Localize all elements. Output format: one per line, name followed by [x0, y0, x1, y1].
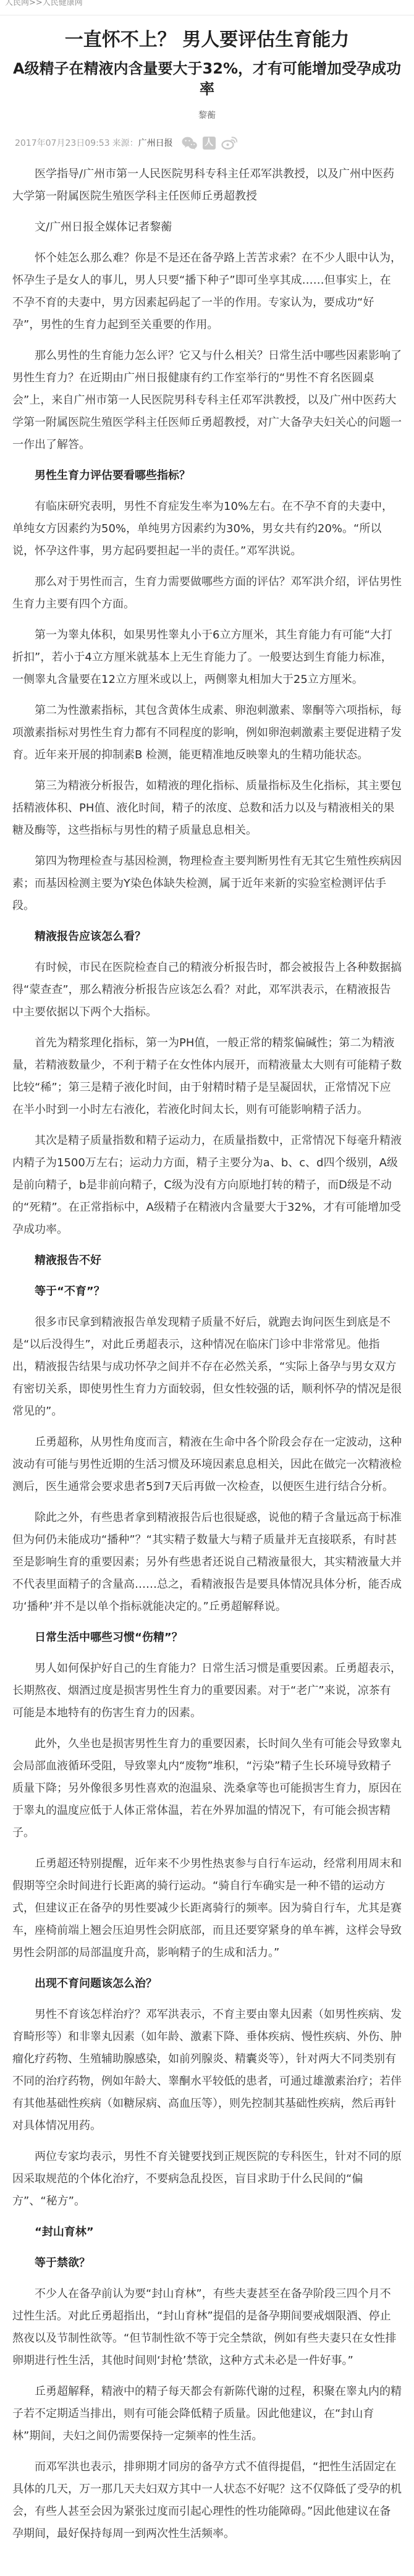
section-heading: 出现不育问题该怎么治？ — [12, 1973, 402, 1995]
section-heading: 等于“不育”？ — [12, 1281, 402, 1303]
section-heading: 日常生活中哪些习惯“伤精”？ — [12, 1627, 402, 1649]
section-heading: 等于禁欲？ — [12, 2252, 402, 2274]
paragraph: 第二为性激素指标，其包含黄体生成素、卵泡刺激素、睾酮等六项指标，每项激素指标对男… — [12, 700, 402, 766]
paragraph: 此外，久坐也是损害男性生育力的重要因素，长时间久坐有可能会导致睾丸会局部血液循环… — [12, 1733, 402, 1844]
paragraph: 男人如何保护好自己的生育能力？日常生活习惯是重要因素。丘勇超表示，长期熬夜、烟酒… — [12, 1658, 402, 1724]
source-link[interactable]: 广州日报 — [138, 137, 173, 149]
paragraph: 有时候，市民在医院检查自己的精液分析报告时，都会被报告上各种数据搞得“蒙查查”，… — [12, 957, 402, 1023]
paragraph: 男性不育该怎样治疗？邓军洪表示，不育主要由睾丸因素（如男性疾病、发育畸形等）和非… — [12, 2004, 402, 2137]
page-subtitle: A级精子在精液内含量要大于32%，才有可能增加受孕成功率 — [12, 59, 402, 100]
paragraph: 有临床研究表明，男性不育症发生率为10%左右。在不孕不育的夫妻中，单纯女方因素约… — [12, 496, 402, 562]
weibo-share-icon[interactable] — [221, 136, 237, 150]
paragraph: 首先为精浆理化指标，第一为PH值，一般正常的精浆偏碱性；第二为精液量，若精液数量… — [12, 1032, 402, 1121]
paragraph: 不少人在备孕前认为要“封山育林”，有些夫妻甚至在备孕阶段三四个月不过性生活。对此… — [12, 2283, 402, 2372]
paragraph: 第三为精液分析报告，如精液的理化指标、质量指标及生化指标，其主要包括精液体积、P… — [12, 775, 402, 842]
section-heading: “封山育林” — [12, 2221, 402, 2243]
breadcrumb-link[interactable]: 人民网>>人民健康网 — [5, 0, 414, 7]
paragraph: 除此之外，有些患者拿到精液报告后也很疑惑，说他的精子含量远高于标准但为何仍未能成… — [12, 1507, 402, 1618]
author-name: 黎蘅 — [0, 109, 414, 121]
paragraph: 很多市民拿到精液报告单发现精子质量不好后，就跑去询问医生到底是不是“以后没得生”… — [12, 1311, 402, 1423]
paragraph: 第一为睾丸体积，如果男性睾丸小于6立方厘米，其生育能力有可能“大打折扣”，若小于… — [12, 624, 402, 691]
paragraph: 医学指导/广州市第一人民医院男科专科主任邓军洪教授，以及广州中医药大学第一附属医… — [12, 163, 402, 208]
source-label: 来源： — [112, 137, 138, 149]
section-heading: 精液报告应该怎么看？ — [12, 926, 402, 948]
page-title: 一直怀不上？ 男人要评估生育能力 — [17, 28, 397, 53]
paragraph: 而邓军洪也表示，排卵期才同房的备孕方式不值得提倡，“把性生活固定在具体的几天，万… — [12, 2456, 402, 2545]
section-heading: 男性生育力评估要看哪些指标？ — [12, 465, 402, 487]
breadcrumb: 人民网>>人民健康网 — [0, 0, 414, 9]
paragraph: 丘勇超称，从男性角度而言，精液在生命中各个阶段会存在一定波动，这种波动有可能与男… — [12, 1431, 402, 1498]
paragraph: 怀个娃怎么那么难？你是不是还在备孕路上苦苦求索？在不少人眼中认为，怀孕生子是女人… — [12, 247, 402, 336]
publish-date: 2017年07月23日09:53 — [15, 137, 110, 149]
paragraph: 丘勇超还特别提醒，近年来不少男性热衷参与自行车运动，经常利用周末和假期等空余时间… — [12, 1853, 402, 1964]
paragraph: 丘勇超解释，精液中的精子每天都会有新陈代谢的过程，积聚在睾丸内的精子若不定期适当… — [12, 2381, 402, 2447]
section-heading: 精液报告不好 — [12, 1250, 402, 1272]
paragraph: 那么对于男性而言，生育力需要做哪些方面的评估？邓军洪介绍，评估男性生育力主要有四… — [12, 571, 402, 616]
paragraph: 第四为物理检查与基因检测，物理检查主要判断男性有无其它生殖性疾病因素；而基因检测… — [12, 850, 402, 917]
header-divider — [0, 15, 414, 15]
article-body: 医学指导/广州市第一人民医院男科专科主任邓军洪教授，以及广州中医药大学第一附属医… — [0, 163, 414, 2545]
people-share-icon[interactable]: 人 — [203, 137, 216, 150]
article-page: 人民网>>人民健康网 一直怀不上？ 男人要评估生育能力 A级精子在精液内含量要大… — [0, 0, 414, 2576]
paragraph: 两位专家均表示，男性不育关键要找到正规医院的专科医生，针对不同的原因采取规范的个… — [12, 2146, 402, 2213]
people-icon-glyph: 人 — [203, 137, 216, 150]
share-icons: 人 — [182, 136, 237, 150]
paragraph: 其次是精子质量指数和精子运动力，在质量指数中，正常情况下每毫升精液内精子为150… — [12, 1130, 402, 1241]
paragraph: 那么男性的生育能力怎么评？它又与什么相关？日常生活中哪些因素影响了男性生育力？在… — [12, 345, 402, 456]
meta-row: 2017年07月23日09:53 来源： 广州日报 人 — [15, 136, 402, 150]
paragraph: 文/广州日报全媒体记者黎蘅 — [12, 216, 402, 239]
wechat-share-icon[interactable] — [182, 137, 197, 150]
